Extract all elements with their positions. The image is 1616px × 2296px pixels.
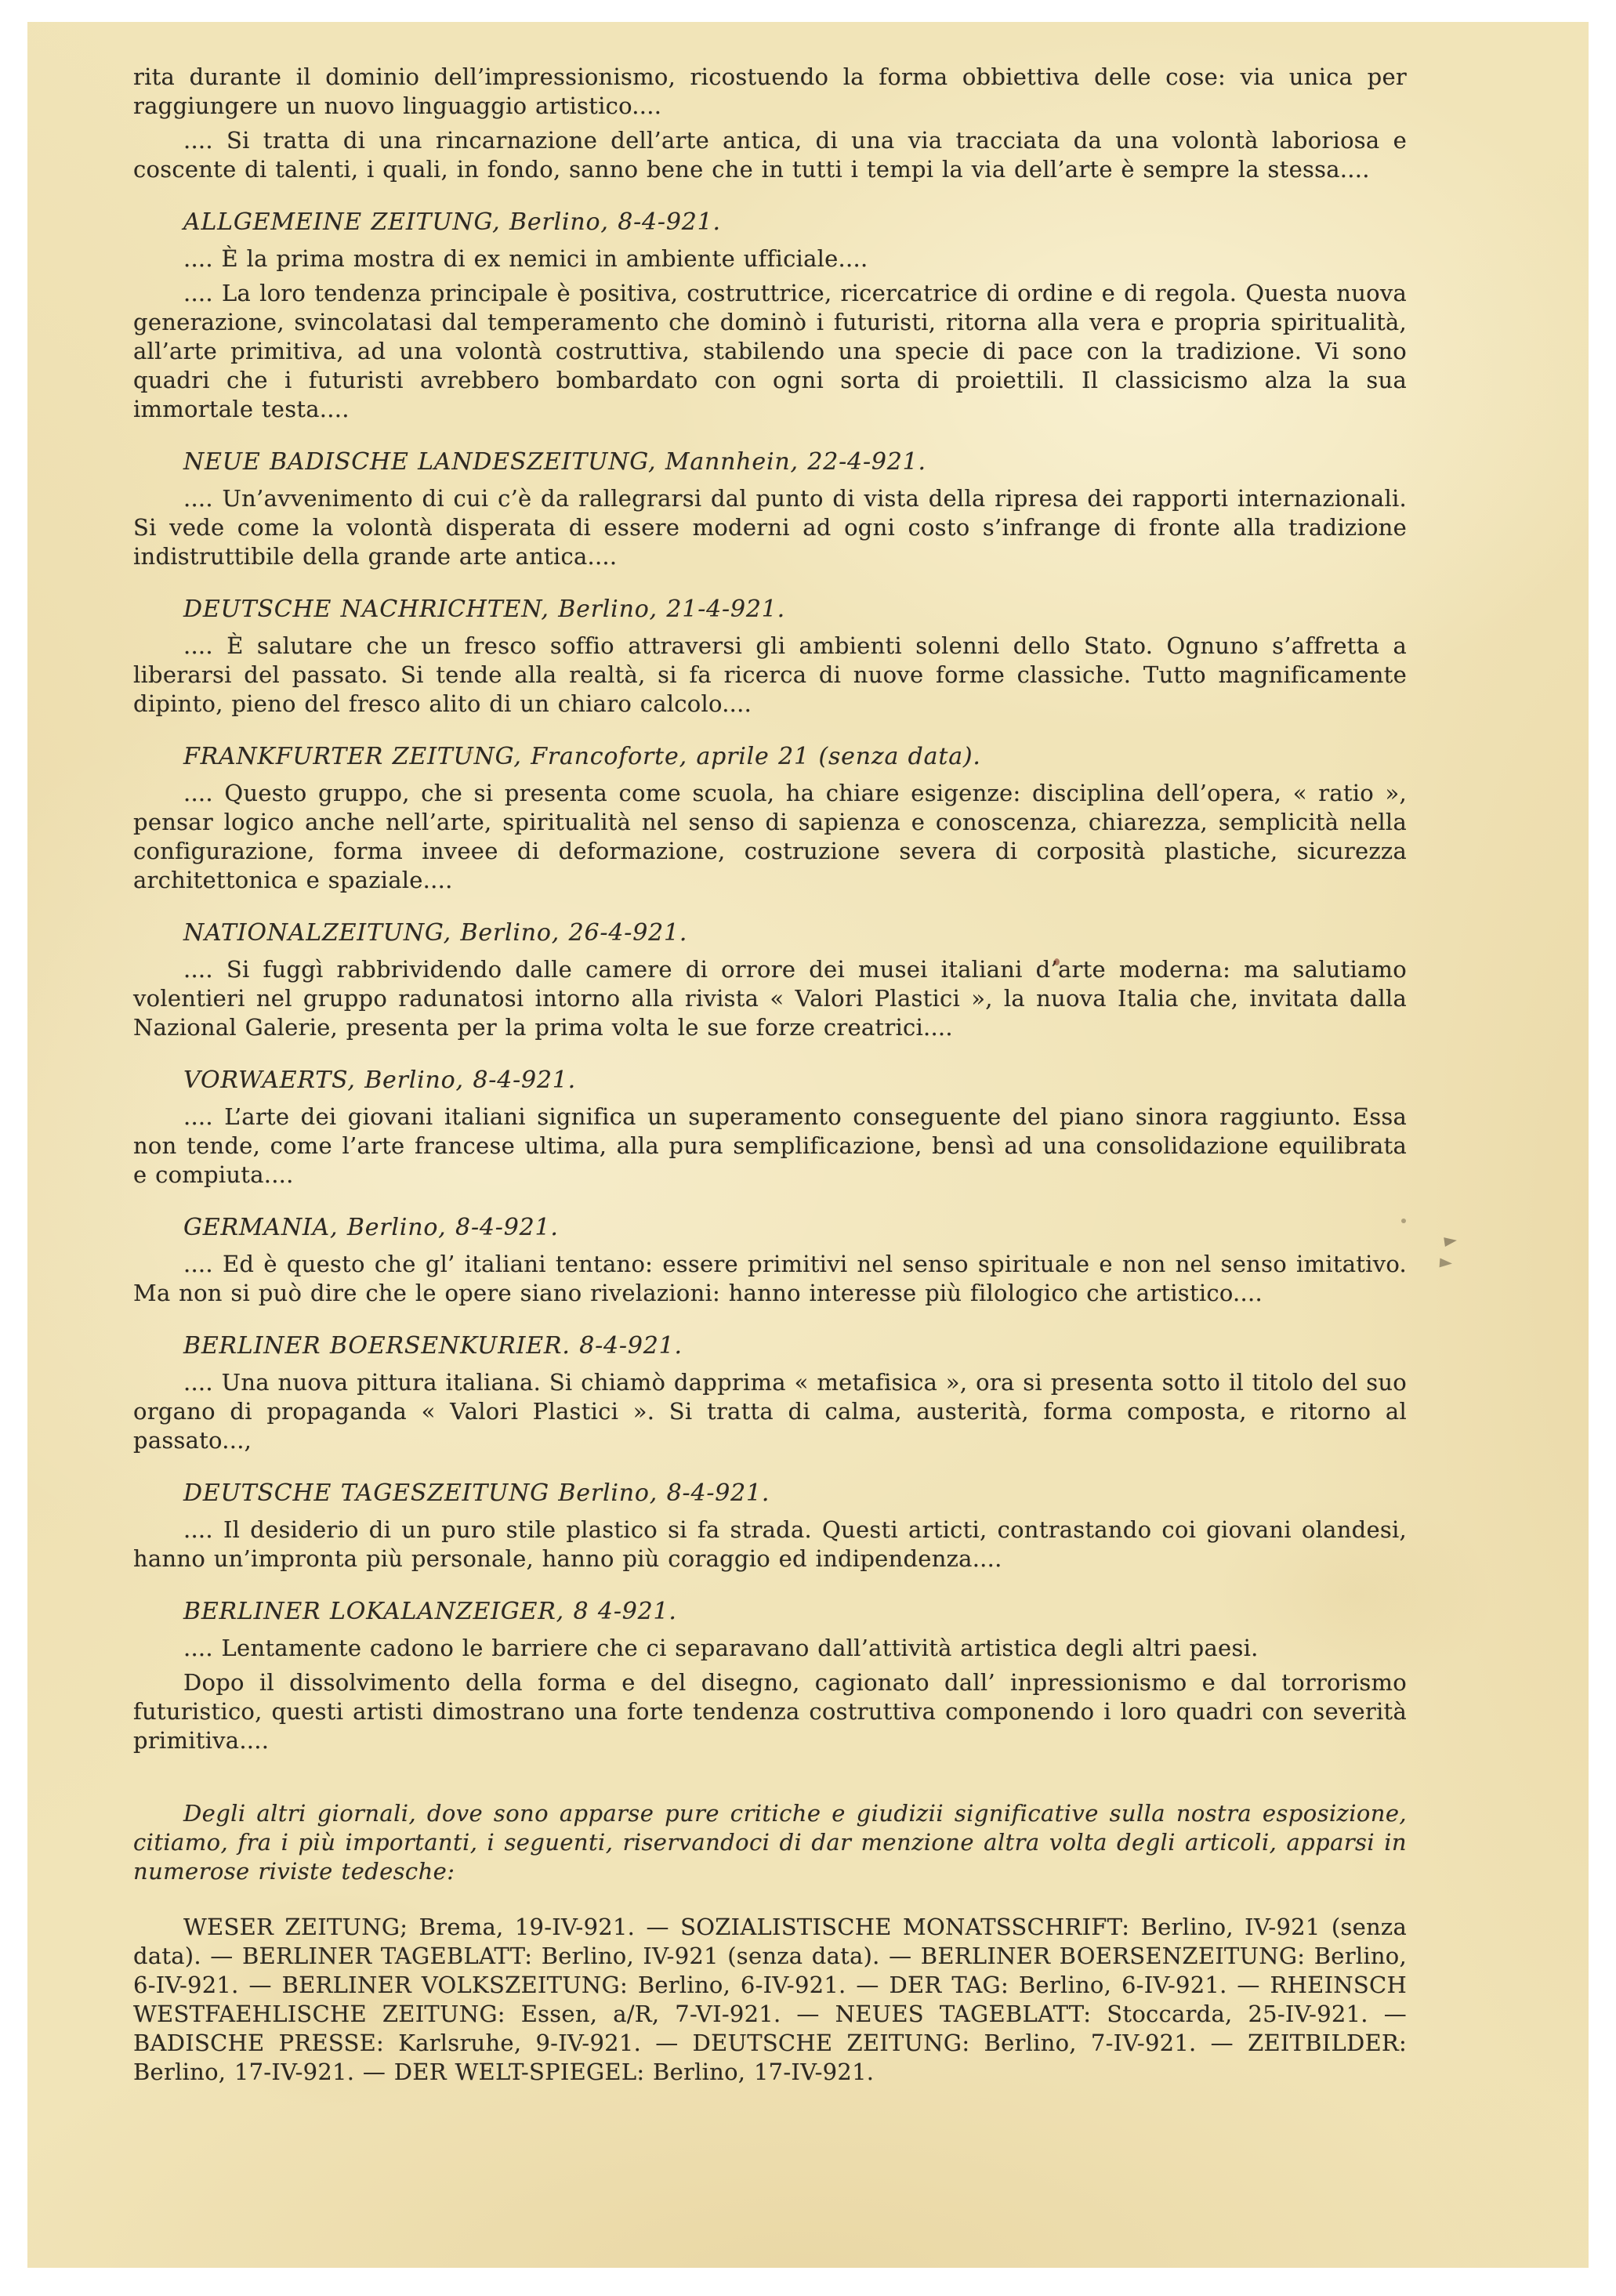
review-source-heading: ALLGEMEINE ZEITUNG, Berlino, 8-4-921. [133,208,1407,237]
review-source-heading: GERMANIA, Berlino, 8-4-921. [133,1213,1407,1242]
intro-paragraph: .... Si tratta di una rincarnazione dell… [133,126,1407,184]
intro-paragraph-continuation: rita durante il dominio dell’impressioni… [133,63,1407,121]
scanned-page: rita durante il dominio dell’impressioni… [0,0,1616,2296]
review-source-heading: BERLINER BOERSENKURIER. 8-4-921. [133,1331,1407,1360]
paper-sheet: rita durante il dominio dell’impressioni… [27,22,1589,2268]
review-quote: .... Ed è questo che gl’ italiani tentan… [133,1250,1407,1308]
smudge-chevron [1440,1258,1453,1268]
review-source-heading: VORWAERTS, Berlino, 8-4-921. [133,1066,1407,1095]
review-quote: .... L’arte dei giovani italiani signifi… [133,1103,1407,1190]
review-quote: Dopo il dissolvimento della forma e del … [133,1668,1407,1755]
ink-speck [1054,958,1060,965]
ink-speck [1401,1219,1406,1223]
review-quote: .... Un’avvenimento di cui c’è da ralleg… [133,484,1407,571]
review-quote: .... La loro tendenza principale è posit… [133,279,1407,424]
review-source-heading: DEUTSCHE NACHRICHTEN, Berlino, 21-4-921. [133,595,1407,624]
review-source-heading: NEUE BADISCHE LANDESZEITUNG, Mannhein, 2… [133,447,1407,476]
paper-fiber-speck [466,751,473,755]
review-source-heading: BERLINER LOKALANZEIGER, 8 4-921. [133,1597,1407,1626]
review-quote: .... È la prima mostra di ex nemici in a… [133,244,1407,273]
closing-note: Degli altri giornali, dove sono apparse … [133,1799,1407,1886]
review-source-heading: DEUTSCHE TAGESZEITUNG Berlino, 8-4-921. [133,1479,1407,1508]
press-list-paragraph: WESER ZEITUNG; Brema, 19-IV-921. — SOZIA… [133,1913,1407,2087]
ink-smudge-mark [1444,1232,1468,1276]
review-source-heading: NATIONALZEITUNG, Berlino, 26-4-921. [133,918,1407,947]
review-quote: .... È salutare che un fresco soffio att… [133,632,1407,719]
smudge-chevron [1444,1236,1458,1247]
review-quote: .... Si fuggì rabbrividendo dalle camere… [133,955,1407,1042]
review-quote: .... Il desiderio di un puro stile plast… [133,1516,1407,1574]
review-source-heading: FRANKFURTER ZEITUNG, Francoforte, aprile… [133,742,1407,771]
review-quote: .... Questo gruppo, che si presenta come… [133,779,1407,895]
text-block: rita durante il dominio dell’impressioni… [133,63,1407,2092]
review-quote: .... Una nuova pittura italiana. Si chia… [133,1368,1407,1455]
review-quote: .... Lentamente cadono le barriere che c… [133,1634,1407,1663]
